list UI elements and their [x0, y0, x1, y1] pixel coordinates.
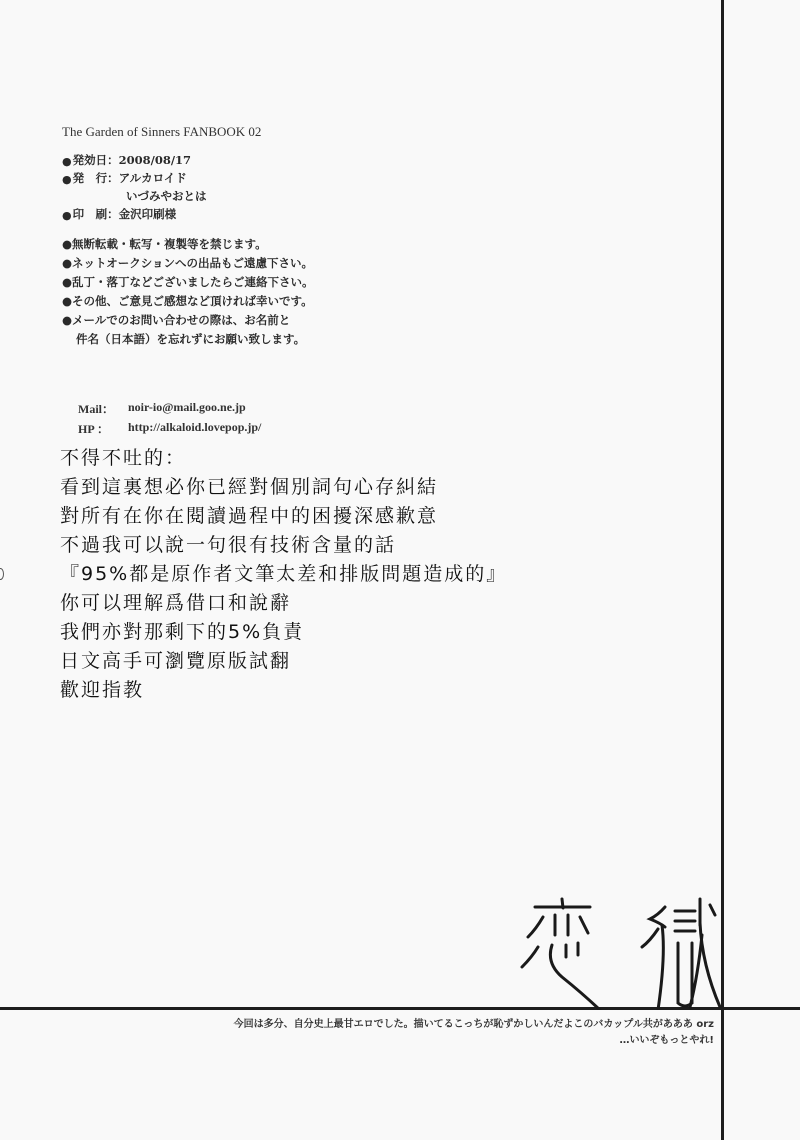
field-value: いづみやおとは — [126, 191, 207, 203]
mail-address: noir-io@mail.goo.ne.jp — [128, 400, 246, 420]
bullet-icon: ● — [62, 210, 72, 221]
notice-item: ●その他、ご意見ご感想など頂ければ幸いです。 — [62, 292, 314, 311]
note-line: 看到這裏想必你已經對個別詞句心存糾結 — [60, 473, 507, 502]
field-value: アルカロイド — [119, 173, 187, 185]
footer-line-1: 今回は多分、自分史上最甘エロでした。描いてるこっちが恥ずかしいんだよこのバカップ… — [234, 1017, 714, 1033]
author-row: いづみやおとは — [62, 188, 314, 206]
mail-label: Mail： — [78, 400, 128, 420]
field-key: 発 行： — [73, 173, 119, 185]
note-line: 不過我可以說一句很有技術含量的話 — [60, 531, 507, 560]
printer-row: ● 印 刷： 金沢印刷様 — [62, 206, 314, 224]
notice-item: ●無断転載・転写・複製等を禁じます。 — [62, 235, 314, 254]
homepage-row: HP ： http://alkaloid.lovepop.jp/ — [78, 420, 261, 440]
footer-note: 今回は多分、自分史上最甘エロでした。描いてるこっちが恥ずかしいんだよこのバカップ… — [234, 1017, 714, 1049]
field-value: 金沢印刷様 — [119, 209, 177, 221]
title-calligraphy-icon — [510, 895, 725, 1010]
note-line: 日文高手可瀏覽原版試翻 — [60, 647, 507, 676]
contact-info: Mail： noir-io@mail.goo.ne.jp HP ： http:/… — [78, 400, 261, 440]
note-line: 不得不吐的： — [60, 444, 507, 473]
bullet-icon: ● — [62, 174, 72, 185]
issue-date-row: ● 発効日： 2008/08/17 — [62, 152, 314, 170]
notice-item: ●乱丁・落丁などございましたらご連絡下さい。 — [62, 273, 314, 292]
colophon: The Garden of Sinners FANBOOK 02 ● 発効日： … — [62, 125, 314, 349]
homepage-label: HP ： — [78, 420, 128, 440]
note-line: 你可以理解爲借口和說辭 — [60, 589, 507, 618]
notice-item: 件名（日本語）を忘れずにお願い致します。 — [62, 330, 314, 349]
publisher-row: ● 発 行： アルカロイド — [62, 170, 314, 188]
translator-note: 不得不吐的： 看到這裏想必你已經對個別詞句心存糾結 對所有在你在閱讀過程中的困擾… — [60, 444, 507, 705]
note-line: 對所有在你在閱讀過程中的困擾深感歉意 — [60, 502, 507, 531]
edge-mark — [0, 568, 4, 580]
notice-item: ●ネットオークションへの出品もご遠慮下さい。 — [62, 254, 314, 273]
field-value: 2008/08/17 — [119, 155, 191, 167]
field-key: 発効日： — [73, 155, 119, 167]
note-line: 我們亦對那剩下的5%負責 — [60, 618, 507, 647]
footer-line-2: …いいぞもっとやれ! — [234, 1033, 714, 1049]
homepage-url: http://alkaloid.lovepop.jp/ — [128, 420, 261, 440]
book-title: The Garden of Sinners FANBOOK 02 — [62, 125, 314, 138]
field-key: 印 刷： — [73, 209, 119, 221]
note-line: 歡迎指教 — [60, 676, 507, 705]
big-title-logo — [510, 895, 725, 1010]
bullet-icon: ● — [62, 156, 72, 167]
note-line: 『95%都是原作者文筆太差和排版問題造成的』 — [60, 560, 507, 589]
mail-row: Mail： noir-io@mail.goo.ne.jp — [78, 400, 261, 420]
notice-item: ●メールでのお問い合わせの際は、お名前と — [62, 311, 314, 330]
